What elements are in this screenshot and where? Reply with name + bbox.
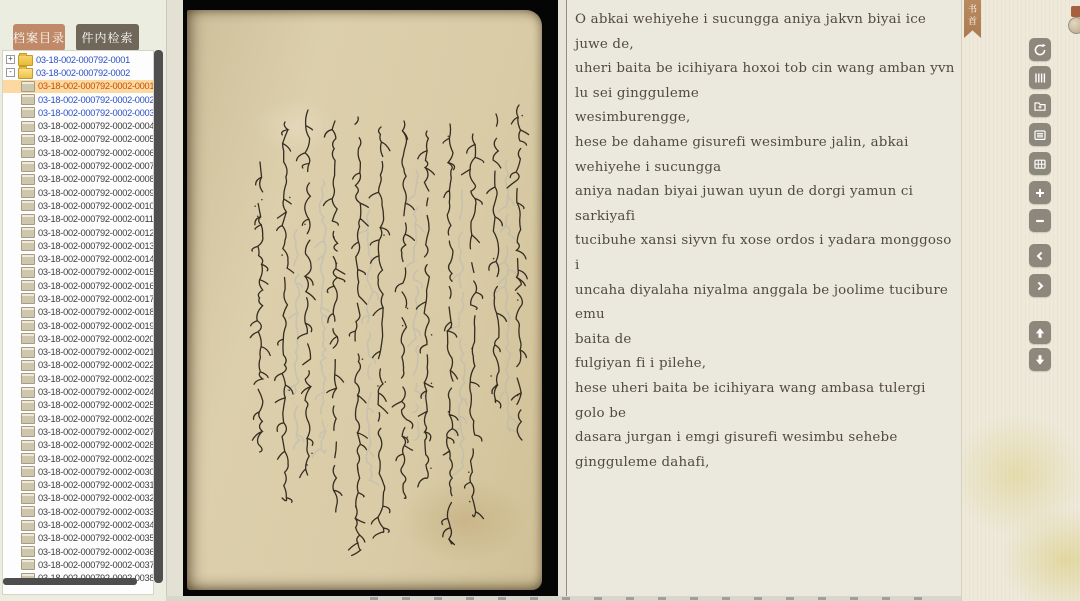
transcript-line: hese uheri baita be icihiyara wang ambas… <box>575 377 955 426</box>
tree-row[interactable]: 03-18-002-000792-0002-0008 <box>3 173 153 186</box>
tree-node-icon <box>21 426 35 437</box>
tree-node-label[interactable]: 03-18-002-000792-0002-0034 <box>38 520 154 530</box>
transliteration-panel: O abkai wehiyehe i sucungga aniya jakvn … <box>566 0 961 601</box>
tree-node-label[interactable]: 03-18-002-000792-0002-0023 <box>38 374 154 384</box>
tree-node-label[interactable]: 03-18-002-000792-0002-0009 <box>38 188 154 198</box>
tree-row[interactable]: 03-18-002-000792-0002-0026 <box>3 412 153 425</box>
tree-node-icon <box>21 466 35 477</box>
tree-node-icon <box>21 520 35 531</box>
tree-row[interactable]: 03-18-002-000792-0002-0027 <box>3 425 153 438</box>
tree-row[interactable]: 03-18-002-000792-0002-0001 <box>3 80 153 93</box>
tree-node-label[interactable]: 03-18-002-000792-0002-0005 <box>38 134 154 144</box>
tree-row[interactable]: 03-18-002-000792-0002-0009 <box>3 186 153 199</box>
tree-node-label[interactable]: 03-18-002-000792-0002-0007 <box>38 161 154 171</box>
transcript-line: baita de <box>575 328 955 353</box>
arrow-down-icon <box>1033 353 1047 367</box>
transcript-line: tucibuhe xansi siyvn fu xose ordos i yad… <box>575 229 955 278</box>
transcript-line: O abkai wehiyehe i sucungga aniya jakvn … <box>575 8 955 57</box>
tree-node-icon <box>18 55 33 66</box>
tree-node-icon <box>21 480 35 491</box>
archive-viewer-app: 档案目录 件内检索 03-18-002-000792-0001 03-18-00… <box>0 0 1080 601</box>
tree-horizontal-scrollbar[interactable] <box>3 578 137 585</box>
bookmark-label: 书首 <box>966 4 979 38</box>
transcript-line: lu sei gingguleme <box>575 82 955 107</box>
tree-row[interactable]: 03-18-002-000792-0002-0018 <box>3 306 153 319</box>
tree-node-icon <box>21 147 35 158</box>
tree-node-label[interactable]: 03-18-002-000792-0002-0024 <box>38 387 154 397</box>
tree-node-icon <box>21 161 35 172</box>
tree-row[interactable]: 03-18-002-000792-0002-0023 <box>3 372 153 385</box>
transcript-line: aniya nadan biyai juwan uyun de dorgi ya… <box>575 180 955 229</box>
tree-node-icon <box>21 240 35 251</box>
minus-icon <box>1033 214 1047 228</box>
tree-node-label[interactable]: 03-18-002-000792-0002-0020 <box>38 334 154 344</box>
tree-row[interactable]: 03-18-002-000792-0002-0021 <box>3 346 153 359</box>
tree-node-icon <box>21 387 35 398</box>
right-toolbar-area: 书首 <box>961 0 1080 601</box>
tree-row[interactable]: 03-18-002-000792-0002-0017 <box>3 292 153 305</box>
tree-node-label[interactable]: 03-18-002-000792-0002-0035 <box>38 533 154 543</box>
tree-node-icon <box>21 413 35 424</box>
transcript-text: O abkai wehiyehe i sucungga aniya jakvn … <box>567 0 961 475</box>
previous-page-button[interactable] <box>1029 244 1051 267</box>
tab-in-file-search[interactable]: 件内检索 <box>76 24 139 51</box>
tree-node-icon <box>21 453 35 464</box>
tree-node-icon <box>21 440 35 451</box>
tree-node-icon <box>18 68 33 79</box>
tree-node-label[interactable]: 03-18-002-000792-0002-0010 <box>38 201 154 211</box>
transcript-line: uncaha diyalaha niyalma anggala be jooli… <box>575 279 955 328</box>
corner-widget-square[interactable] <box>1071 6 1080 17</box>
tree-row[interactable]: 03-18-002-000792-0002-0034 <box>3 518 153 531</box>
tree-node-label[interactable]: 03-18-002-000792-0002 <box>36 68 130 78</box>
transcript-line: hese be dahame gisurefi wesimbure jalin,… <box>575 131 955 180</box>
transcript-line: fulgiyan fi i pilehe, <box>575 352 955 377</box>
tree-node-label[interactable]: 03-18-002-000792-0002-0033 <box>38 507 154 517</box>
tree-node-label[interactable]: 03-18-002-000792-0001 <box>36 55 130 65</box>
tree-row[interactable]: 03-18-002-000792-0002-0029 <box>3 452 153 465</box>
tree-node-icon <box>21 320 35 331</box>
tree-node-label[interactable]: 03-18-002-000792-0002-0032 <box>38 493 154 503</box>
tree-node-label[interactable]: 03-18-002-000792-0002-0031 <box>38 480 154 490</box>
tree-row[interactable]: 03-18-002-000792-0002-0002 <box>3 93 153 106</box>
tree-node-label[interactable]: 03-18-002-000792-0002-0022 <box>38 360 154 370</box>
tree-node-label[interactable]: 03-18-002-000792-0002-0025 <box>38 400 154 410</box>
manuscript-viewer[interactable] <box>183 0 558 601</box>
rotate-button[interactable] <box>1029 38 1051 61</box>
panel-divider <box>166 0 183 601</box>
manuscript-page-scan <box>187 10 542 590</box>
tree-row[interactable]: 03-18-002-000792-0002-0012 <box>3 226 153 239</box>
sidebar: 档案目录 件内检索 03-18-002-000792-0001 03-18-00… <box>0 0 166 601</box>
tree-row[interactable]: 03-18-002-000792-0002-0036 <box>3 545 153 558</box>
tree-row[interactable]: 03-18-002-000792-0002-0037 <box>3 558 153 571</box>
tree-row[interactable]: 03-18-002-000792-0002-0004 <box>3 119 153 132</box>
tree-node-icon <box>21 81 35 92</box>
tree-node-icon <box>21 333 35 344</box>
tree-node-label[interactable]: 03-18-002-000792-0002-0026 <box>38 414 154 424</box>
arrow-up-icon <box>1033 326 1047 340</box>
tree-row[interactable]: 03-18-002-000792-0002-0031 <box>3 479 153 492</box>
tree-row[interactable]: 03-18-002-000792-0002-0006 <box>3 146 153 159</box>
tree-node-icon <box>21 214 35 225</box>
tree-node-label[interactable]: 03-18-002-000792-0002-0030 <box>38 467 154 477</box>
tree-row[interactable]: 03-18-002-000792-0002 <box>3 66 153 79</box>
manchu-script-drawing <box>187 10 542 590</box>
tree-row[interactable]: 03-18-002-000792-0002-0020 <box>3 332 153 345</box>
tree-row[interactable]: 03-18-002-000792-0002-0022 <box>3 359 153 372</box>
tree-row[interactable]: 03-18-002-000792-0002-0025 <box>3 399 153 412</box>
tree-node-label[interactable]: 03-18-002-000792-0002-0011 <box>38 214 154 224</box>
chevron-left-icon <box>1033 249 1047 263</box>
archive-folder-button[interactable] <box>1029 94 1051 117</box>
tree-row[interactable]: 03-18-002-000792-0002-0011 <box>3 213 153 226</box>
tree-expander-icon[interactable] <box>6 68 15 77</box>
tree-node-icon <box>21 267 35 278</box>
tree-row[interactable]: 03-18-002-000792-0002-0028 <box>3 439 153 452</box>
tree-row[interactable]: 03-18-002-000792-0001 <box>3 53 153 66</box>
tree-node-icon <box>21 187 35 198</box>
transcript-line: uheri baita be icihiyara hoxoi tob cin w… <box>575 57 955 82</box>
folder-star-icon <box>1033 99 1047 113</box>
vertical-lines-icon <box>1033 71 1047 85</box>
tree-node-label[interactable]: 03-18-002-000792-0002-0002 <box>38 95 154 105</box>
corner-widget-circle[interactable] <box>1068 17 1080 34</box>
tree-row[interactable]: 03-18-002-000792-0002-0015 <box>3 266 153 279</box>
archive-tree: 03-18-002-000792-0001 03-18-002-000792-0… <box>2 50 154 595</box>
tree-row[interactable]: 03-18-002-000792-0002-0007 <box>3 159 153 172</box>
scroll-down-button[interactable] <box>1029 348 1051 371</box>
tree-node-icon <box>21 200 35 211</box>
tree-row[interactable]: 03-18-002-000792-0002-0030 <box>3 465 153 478</box>
tree-node-icon <box>21 280 35 291</box>
tree-node-icon <box>21 94 35 105</box>
tree-node-label[interactable]: 03-18-002-000792-0002-0036 <box>38 547 154 557</box>
tree-node-icon <box>21 307 35 318</box>
tree-node-icon <box>21 254 35 265</box>
tree-node-icon <box>21 360 35 371</box>
transcript-line: wesimburengge, <box>575 106 955 131</box>
tree-row[interactable]: 03-18-002-000792-0002-0016 <box>3 279 153 292</box>
tree-row[interactable]: 03-18-002-000792-0002-0014 <box>3 252 153 265</box>
tree-node-label[interactable]: 03-18-002-000792-0002-0029 <box>38 454 154 464</box>
tree-row[interactable]: 03-18-002-000792-0002-0019 <box>3 319 153 332</box>
tree-node-label[interactable]: 03-18-002-000792-0002-0001 <box>38 81 154 91</box>
tree-node-icon <box>21 107 35 118</box>
tree-row[interactable]: 03-18-002-000792-0002-0010 <box>3 199 153 212</box>
plus-icon <box>1033 186 1047 200</box>
tree-row[interactable]: 03-18-002-000792-0002-0005 <box>3 133 153 146</box>
grid-view-button[interactable] <box>1029 152 1051 175</box>
viewer-toolbar <box>1029 38 1051 371</box>
tree-node-label[interactable]: 03-18-002-000792-0002-0018 <box>38 307 154 317</box>
scroll-up-button[interactable] <box>1029 321 1051 344</box>
tree-row[interactable]: 03-18-002-000792-0002-0035 <box>3 532 153 545</box>
list-view-button[interactable] <box>1029 123 1051 146</box>
tree-node-icon <box>21 174 35 185</box>
tree-row[interactable]: 03-18-002-000792-0002-0013 <box>3 239 153 252</box>
tree-expander-icon[interactable] <box>6 55 15 64</box>
tree-node-icon <box>21 400 35 411</box>
vertical-text-button[interactable] <box>1029 66 1051 89</box>
tree-node-icon <box>21 347 35 358</box>
tree-node-label[interactable]: 03-18-002-000792-0002-0015 <box>38 267 154 277</box>
tree-row[interactable]: 03-18-002-000792-0002-0032 <box>3 492 153 505</box>
list-view-icon <box>1033 128 1047 142</box>
rotate-icon <box>1033 43 1047 57</box>
grid-view-icon <box>1033 157 1047 171</box>
tree-node-label[interactable]: 03-18-002-000792-0002-0006 <box>38 148 154 158</box>
tree-node-label[interactable]: 03-18-002-000792-0002-0017 <box>38 294 154 304</box>
cutoff-content-strip <box>166 596 961 601</box>
viewer-text-gap <box>558 0 566 601</box>
tab-archive-catalog[interactable]: 档案目录 <box>13 24 65 51</box>
tree-node-label[interactable]: 03-18-002-000792-0002-0014 <box>38 254 154 264</box>
tree-node-icon <box>21 121 35 132</box>
tree-node-icon <box>21 134 35 145</box>
tree-node-icon <box>21 373 35 384</box>
tree-node-label[interactable]: 03-18-002-000792-0002-0012 <box>38 228 154 238</box>
transcript-line: dasara jurgan i emgi gisurefi wesimbu se… <box>575 426 955 475</box>
tree-node-icon <box>21 546 35 557</box>
tree-node-icon <box>21 559 35 570</box>
tree-node-label[interactable]: 03-18-002-000792-0002-0037 <box>38 560 154 570</box>
next-page-button[interactable] <box>1029 274 1051 297</box>
tree-node-icon <box>21 293 35 304</box>
tree-node-label[interactable]: 03-18-002-000792-0002-0019 <box>38 321 154 331</box>
tree-row[interactable]: 03-18-002-000792-0002-0024 <box>3 385 153 398</box>
tree-node-label[interactable]: 03-18-002-000792-0002-0016 <box>38 281 154 291</box>
tree-node-icon <box>21 227 35 238</box>
tree-vertical-scrollbar[interactable] <box>154 50 163 583</box>
chevron-right-icon <box>1033 279 1047 293</box>
tree-row[interactable]: 03-18-002-000792-0002-0003 <box>3 106 153 119</box>
tree-row[interactable]: 03-18-002-000792-0002-0033 <box>3 505 153 518</box>
tree-node-label[interactable]: 03-18-002-000792-0002-0021 <box>38 347 154 357</box>
tree-node-label[interactable]: 03-18-002-000792-0002-0013 <box>38 241 154 251</box>
zoom-out-button[interactable] <box>1029 209 1051 232</box>
tree-node-label[interactable]: 03-18-002-000792-0002-0008 <box>38 174 154 184</box>
book-head-bookmark[interactable]: 书首 <box>964 0 981 38</box>
tree-node-label[interactable]: 03-18-002-000792-0002-0028 <box>38 440 154 450</box>
tree-node-icon <box>21 506 35 517</box>
tree-node-label[interactable]: 03-18-002-000792-0002-0004 <box>38 121 154 131</box>
tree-node-label[interactable]: 03-18-002-000792-0002-0003 <box>38 108 154 118</box>
zoom-in-button[interactable] <box>1029 181 1051 204</box>
tree-node-icon <box>21 533 35 544</box>
tree-node-icon <box>21 493 35 504</box>
tree-node-label[interactable]: 03-18-002-000792-0002-0027 <box>38 427 154 437</box>
